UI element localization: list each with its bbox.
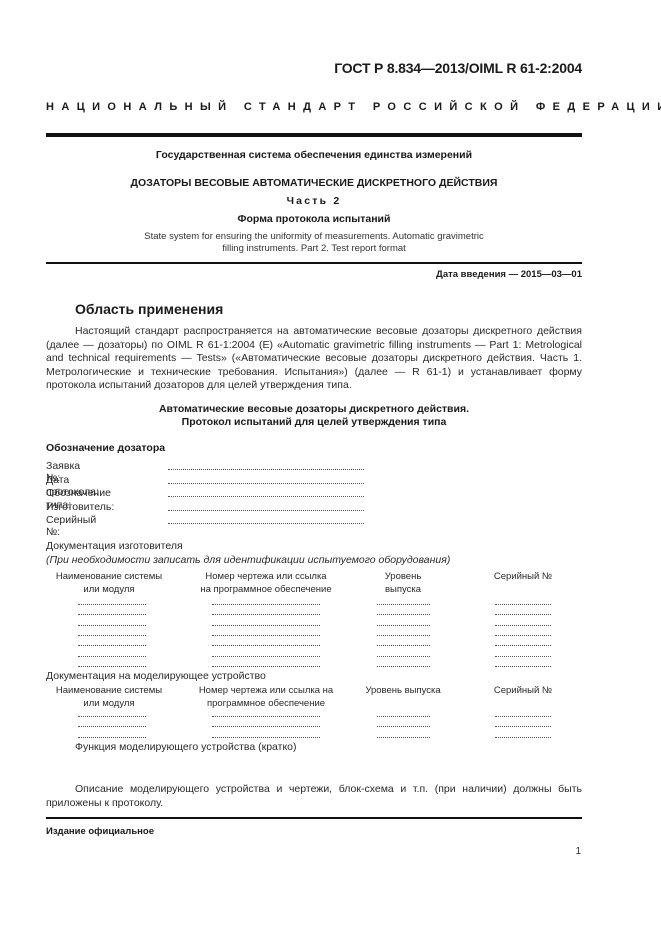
simulator-function-label: Функция моделирующего устройства (кратко…	[75, 741, 297, 753]
gost-code: ГОСТ Р 8.834—2013/OIML R 61-2:2004	[334, 60, 582, 76]
scope-paragraph: Настоящий стандарт распространяется на а…	[46, 325, 582, 393]
scope-text: Настоящий стандарт распространяется на а…	[46, 325, 582, 391]
column-header-line2: программное обеспечение	[186, 698, 346, 711]
table-blank-cell[interactable]	[377, 737, 430, 738]
table-blank-cell[interactable]	[495, 726, 551, 727]
field-blank[interactable]	[168, 469, 364, 470]
table-blank-cell[interactable]	[78, 635, 146, 636]
table-blank-cell[interactable]	[78, 625, 146, 626]
introduction-date: Дата введения — 2015—03—01	[436, 269, 582, 280]
system-title: Государственная система обеспечения един…	[46, 149, 582, 161]
table-blank-cell[interactable]	[495, 614, 551, 615]
table-blank-cell[interactable]	[377, 726, 430, 727]
table-blank-cell[interactable]	[377, 666, 430, 667]
table-blank-cell[interactable]	[212, 614, 320, 615]
closing-paragraph: Описание моделирующего устройства и черт…	[46, 783, 582, 810]
english-title-line1: State system for ensuring the uniformity…	[46, 231, 582, 243]
protocol-title: Автоматические весовые дозаторы дискретн…	[46, 403, 582, 428]
table-blank-cell[interactable]	[495, 635, 551, 636]
table-blank-cell[interactable]	[212, 645, 320, 646]
edition-label: Издание официальное	[46, 826, 154, 837]
page-number: 1	[575, 846, 581, 857]
column-header: Наименование системыили модуля	[29, 571, 189, 596]
table-blank-cell[interactable]	[212, 726, 320, 727]
column-header: Номер чертежа или ссылка напрограммное о…	[186, 685, 346, 710]
manufacturer-docs-heading: Документация изготовителя	[46, 540, 183, 552]
table-blank-cell[interactable]	[377, 614, 430, 615]
table-blank-cell[interactable]	[78, 645, 146, 646]
english-title: State system for ensuring the uniformity…	[46, 231, 582, 255]
column-header: Серийный №	[443, 571, 603, 584]
protocol-title-line2: Протокол испытаний для целей утверждения…	[46, 416, 582, 429]
table-blank-cell[interactable]	[495, 625, 551, 626]
table-blank-cell[interactable]	[377, 625, 430, 626]
table-blank-cell[interactable]	[495, 737, 551, 738]
table-blank-cell[interactable]	[377, 645, 430, 646]
national-standard-heading: НАЦИОНАЛЬНЫЙ СТАНДАРТ РОССИЙСКОЙ ФЕДЕРАЦ…	[46, 101, 582, 113]
field-blank[interactable]	[168, 523, 364, 524]
table-blank-cell[interactable]	[212, 666, 320, 667]
column-header-line1: Наименование системы	[29, 571, 189, 584]
table-blank-cell[interactable]	[78, 614, 146, 615]
main-title: ДОЗАТОРЫ ВЕСОВЫЕ АВТОМАТИЧЕСКИЕ ДИСКРЕТН…	[46, 177, 582, 189]
table-blank-cell[interactable]	[495, 656, 551, 657]
column-header-line2: или модуля	[29, 698, 189, 711]
table-blank-cell[interactable]	[377, 635, 430, 636]
simulator-docs-heading: Документация на моделирующее устройство	[46, 670, 266, 682]
column-header-line1: Номер чертежа или ссылка на	[186, 685, 346, 698]
header-rule	[46, 133, 582, 137]
table-blank-cell[interactable]	[212, 635, 320, 636]
table-blank-cell[interactable]	[78, 726, 146, 727]
table-blank-cell[interactable]	[377, 604, 430, 605]
protocol-title-line1: Автоматические весовые дозаторы дискретн…	[46, 403, 582, 416]
scope-heading: Область применения	[75, 301, 223, 317]
subtitle: Форма протокола испытаний	[46, 213, 582, 225]
field-blank[interactable]	[168, 483, 364, 484]
column-header: Серийный №	[443, 685, 603, 698]
table-blank-cell[interactable]	[212, 737, 320, 738]
field-blank[interactable]	[168, 496, 364, 497]
table-blank-cell[interactable]	[78, 604, 146, 605]
column-header-line1: Серийный №	[443, 685, 603, 698]
column-header-line1: Серийный №	[443, 571, 603, 584]
column-header-line1: Наименование системы	[29, 685, 189, 698]
title-rule	[46, 262, 582, 264]
field-label: Изготовитель:	[46, 501, 114, 513]
table-blank-cell[interactable]	[377, 656, 430, 657]
table-blank-cell[interactable]	[212, 716, 320, 717]
column-header-line1: Номер чертежа или ссылка	[186, 571, 346, 584]
table-blank-cell[interactable]	[212, 656, 320, 657]
closing-text: Описание моделирующего устройства и черт…	[46, 783, 582, 809]
table-blank-cell[interactable]	[495, 716, 551, 717]
part-title: Часть 2	[46, 195, 582, 207]
footer-rule	[46, 817, 582, 819]
column-header: Наименование системыили модуля	[29, 685, 189, 710]
table-blank-cell[interactable]	[495, 604, 551, 605]
designation-heading: Обозначение дозатора	[46, 442, 165, 454]
table-blank-cell[interactable]	[377, 716, 430, 717]
field-label: Серийный №:	[46, 514, 96, 538]
table-blank-cell[interactable]	[78, 716, 146, 717]
table-blank-cell[interactable]	[495, 645, 551, 646]
table-blank-cell[interactable]	[78, 656, 146, 657]
column-header: Номер чертежа или ссылкана программное о…	[186, 571, 346, 596]
column-header-line2: выпуска	[323, 584, 483, 597]
field-blank[interactable]	[168, 510, 364, 511]
table-blank-cell[interactable]	[212, 625, 320, 626]
table-blank-cell[interactable]	[212, 604, 320, 605]
column-header-line2: на программное обеспечение	[186, 584, 346, 597]
column-header-line2: или модуля	[29, 584, 189, 597]
manufacturer-docs-note: (При необходимости записать для идентифи…	[46, 554, 450, 566]
table-blank-cell[interactable]	[495, 666, 551, 667]
table-blank-cell[interactable]	[78, 737, 146, 738]
table-blank-cell[interactable]	[78, 666, 146, 667]
english-title-line2: filling instruments. Part 2. Test report…	[46, 243, 582, 255]
